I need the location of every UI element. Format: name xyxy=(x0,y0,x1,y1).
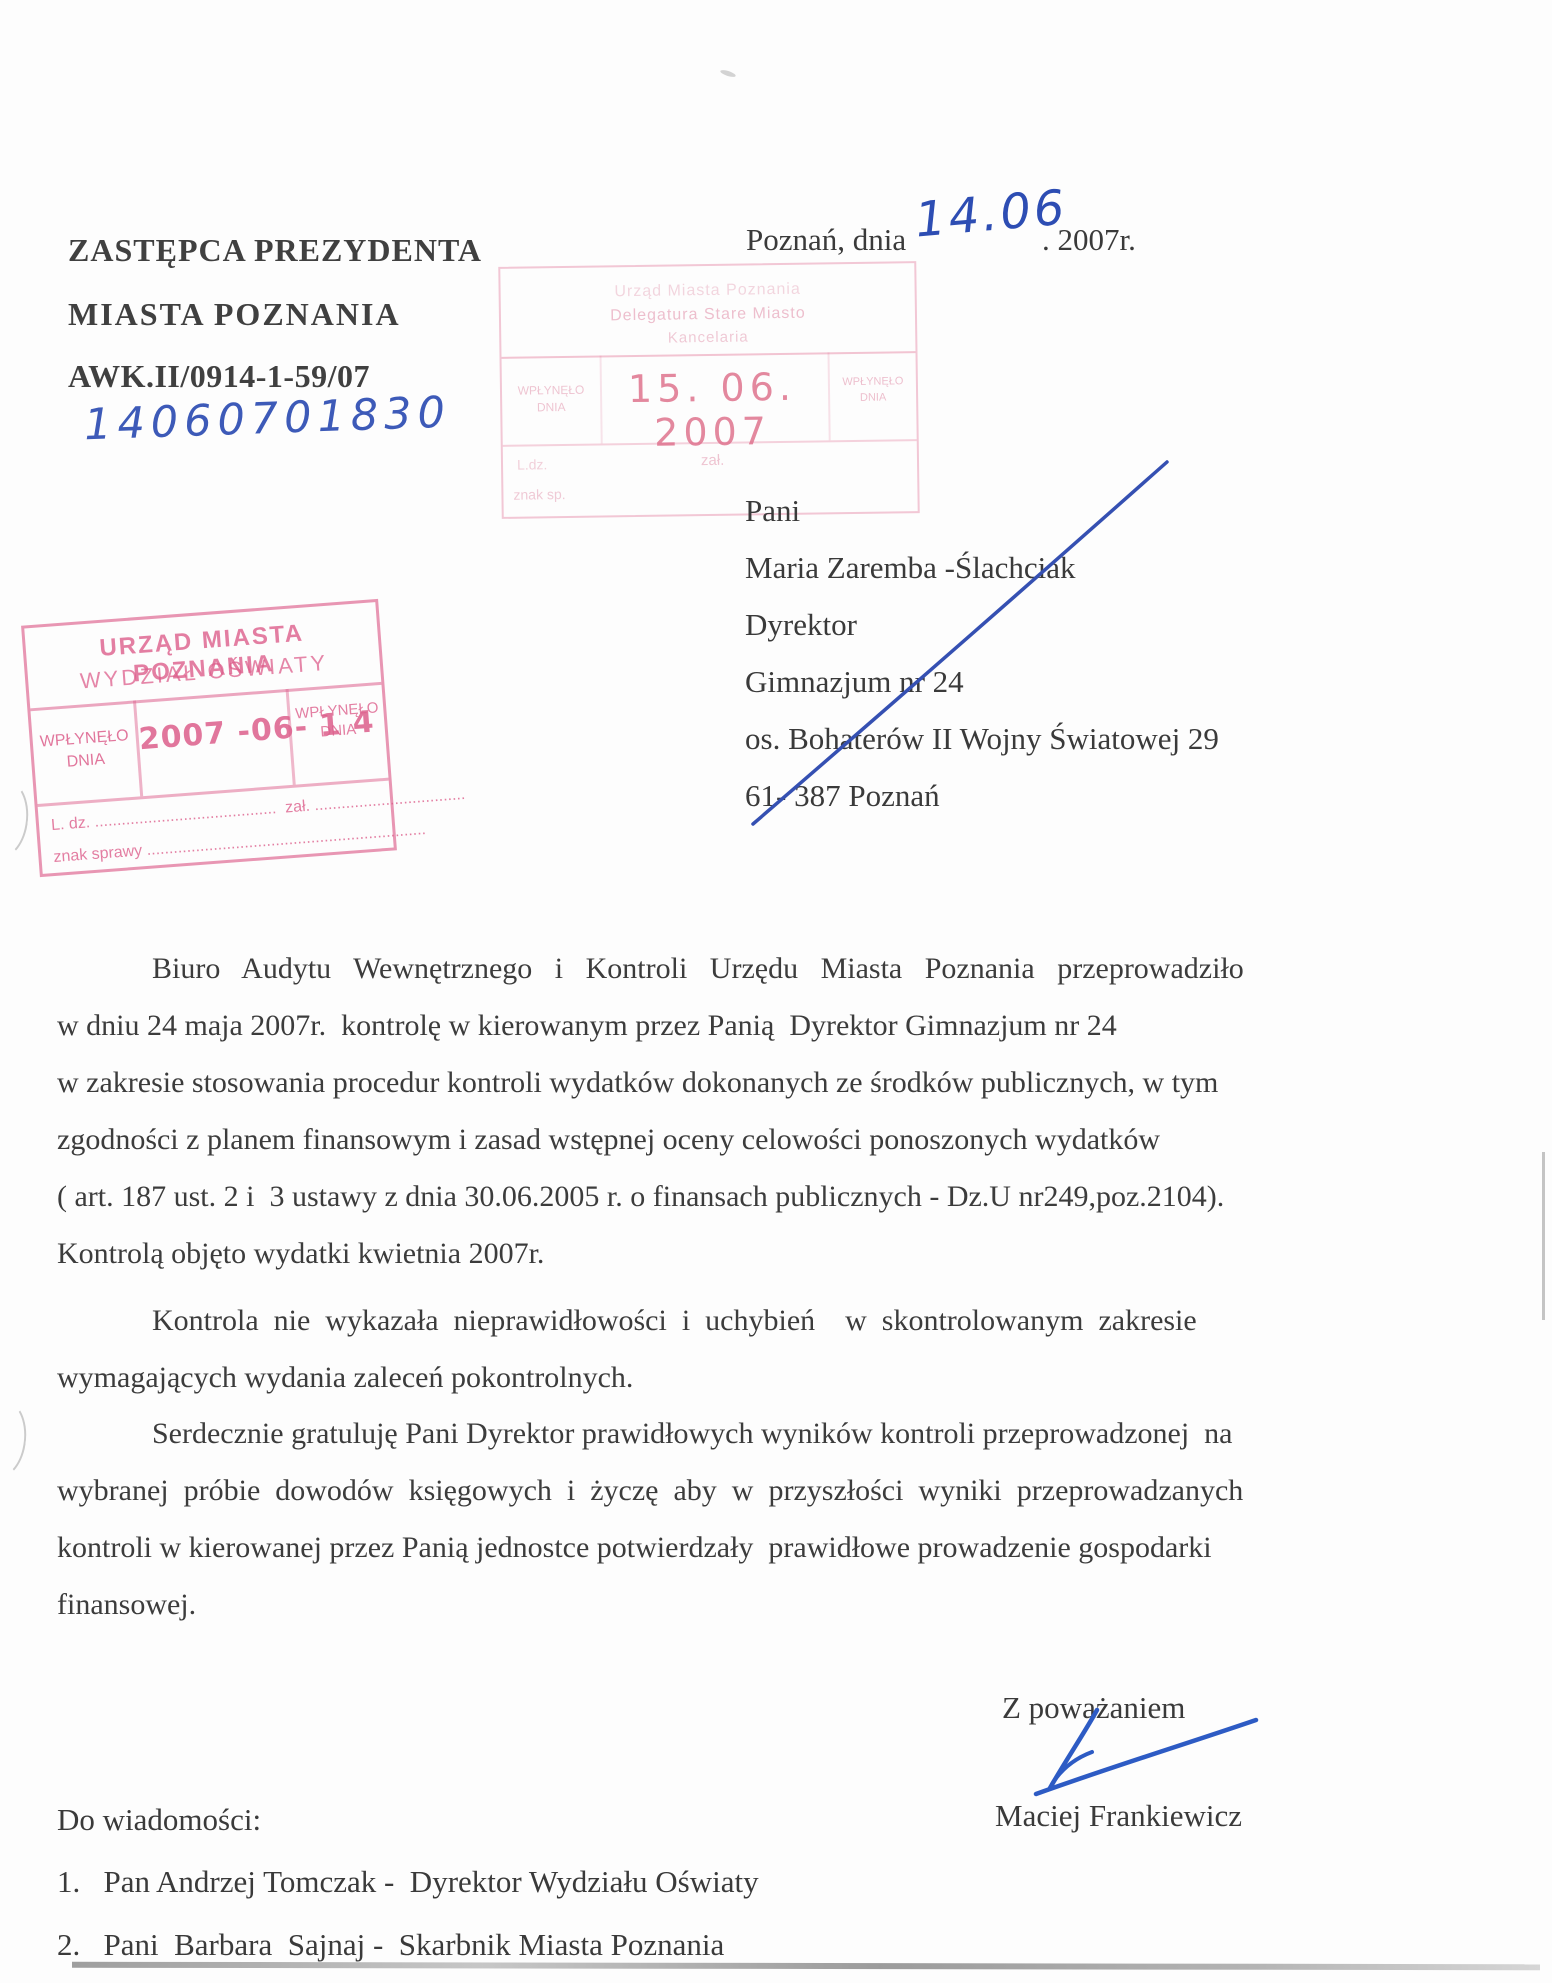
letterhead-office-line1: ZASTĘPCA PREZYDENTA xyxy=(68,232,482,269)
stamp-date: 2007 -06- 1 4 xyxy=(138,711,296,758)
cc-item: 1. Pan Andrzej Tomczak - Dyrektor Wydzia… xyxy=(57,1864,759,1900)
scan-artifact-right-line xyxy=(1542,1152,1545,1320)
body-line: wymagających wydania zaleceń pokontrolny… xyxy=(57,1349,1457,1406)
stamp-received-box-right: WPŁYNĘŁO DNIA xyxy=(827,351,916,440)
body-line: Biuro Audytu Wewnętrznego i Kontroli Urz… xyxy=(57,940,1457,997)
stamp-received-box-left: WPŁYNĘŁO DNIA xyxy=(30,700,143,804)
recipient-line: Maria Zaremba -Ślachciak xyxy=(745,539,1219,596)
stamp-office-line2: Delegatura Stare Miasto xyxy=(501,303,915,327)
signature-stroke xyxy=(1036,1720,1256,1794)
received-label: WPŁYNĘŁO xyxy=(502,382,600,400)
scan-artifact-bottom-line xyxy=(72,1962,1540,1971)
body-line: w dniu 24 maja 2007r. kontrolę w kierowa… xyxy=(57,997,1457,1054)
reference-number: AWK.II/0914-1-59/07 xyxy=(68,358,370,395)
recipient-line: Pani xyxy=(745,482,1219,539)
recipient-line: os. Bohaterów II Wojny Światowej 29 xyxy=(745,710,1219,767)
scan-artifact-left-arc xyxy=(0,778,32,861)
cc-item: 2. Pani Barbara Sajnaj - Skarbnik Miasta… xyxy=(57,1927,724,1963)
body-paragraph-1: Biuro Audytu Wewnętrznego i Kontroli Urz… xyxy=(57,940,1457,1282)
scan-artifact-smudge xyxy=(720,69,737,79)
body-line: Kontrolą objęto wydatki kwietnia 2007r. xyxy=(57,1225,1457,1282)
dateline-year-suffix: . 2007r. xyxy=(1042,222,1136,258)
recipient-line: Gimnazjum nr 24 xyxy=(745,653,1219,710)
body-paragraph-2: Kontrola nie wykazała nieprawidłowości i… xyxy=(57,1292,1457,1406)
signature-stroke xyxy=(1052,1752,1092,1784)
stamp-office-line3: Kancelaria xyxy=(501,326,915,349)
body-line: wybranej próbie dowodów księgowych i życ… xyxy=(57,1462,1457,1519)
stamp-zal-label: zał. xyxy=(701,452,725,469)
stamp-ldz-label: L.dz. xyxy=(517,456,548,472)
received-label: WPŁYNĘŁO xyxy=(830,373,916,390)
body-line: kontroli w kierowanej przez Panią jednos… xyxy=(57,1519,1457,1576)
body-line: zgodności z planem finansowym i zasad ws… xyxy=(57,1111,1457,1168)
closing-salutation: Z poważaniem xyxy=(1002,1690,1185,1726)
dnia-label: DNIA xyxy=(830,389,916,406)
stamp-received-box-right: WPŁYNĘŁO DNIA xyxy=(286,682,389,785)
stamp-office-line1: Urząd Miasta Poznania xyxy=(501,279,915,303)
dnia-label: DNIA xyxy=(502,399,600,417)
intake-stamp-registry: Urząd Miasta Poznania Delegatura Stare M… xyxy=(498,261,919,519)
cc-heading: Do wiadomości: xyxy=(57,1802,261,1838)
body-line: Kontrola nie wykazała nieprawidłowości i… xyxy=(57,1292,1457,1349)
body-paragraph-3: Serdecznie gratuluję Pani Dyrektor prawi… xyxy=(57,1405,1457,1633)
recipient-block: Pani Maria Zaremba -Ślachciak Dyrektor G… xyxy=(745,482,1219,824)
recipient-line: 61- 387 Poznań xyxy=(745,767,1219,824)
body-line: Serdecznie gratuluję Pani Dyrektor prawi… xyxy=(57,1405,1457,1462)
signer-name: Maciej Frankiewicz xyxy=(995,1798,1242,1834)
scan-artifact-left-arc xyxy=(0,1398,30,1481)
body-line: ( art. 187 ust. 2 i 3 ustawy z dnia 30.0… xyxy=(57,1168,1457,1225)
handwritten-registry-number: 14060701830 xyxy=(83,388,451,451)
body-line: finansowej. xyxy=(57,1576,1457,1633)
scanned-letter-page: ZASTĘPCA PREZYDENTA MIASTA POZNANIA AWK.… xyxy=(0,0,1552,1983)
letterhead-office-line2: MIASTA POZNANIA xyxy=(68,296,401,333)
body-line: w zakresie stosowania procedur kontroli … xyxy=(57,1054,1457,1111)
stamp-received-box-left: WPŁYNĘŁO DNIA xyxy=(502,355,603,444)
intake-stamp-education-dept: URZĄD MIASTA POZNANIA WYDZIAŁ OŚWIATY WP… xyxy=(21,599,397,877)
recipient-line: Dyrektor xyxy=(745,596,1219,653)
dateline-city-prefix: Poznań, dnia xyxy=(746,222,906,258)
stamp-znak-label: znak sp. xyxy=(513,486,565,503)
